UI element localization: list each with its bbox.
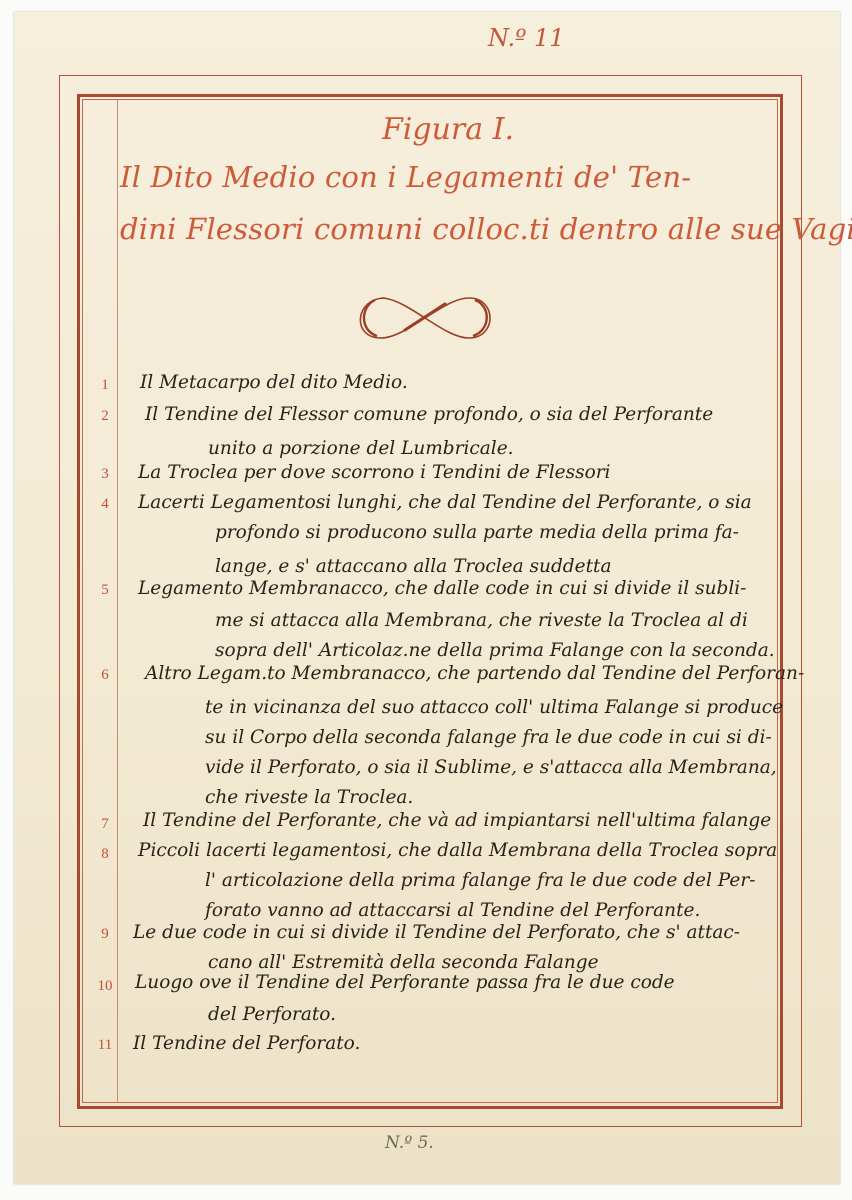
legend-entry-line: cano all' Estremità della seconda Falang… (208, 952, 599, 973)
legend-entry-line: forato vanno ad attaccarsi al Tendine de… (205, 900, 700, 921)
legend-entry-line: me si attacca alla Membrana, che riveste… (215, 610, 748, 631)
legend-entry-line: unito a porzione del Lumbricale. (208, 438, 514, 459)
legend-entry-line: su il Corpo della seconda falange fra le… (205, 727, 772, 748)
item-number: 9 (96, 926, 114, 943)
legend-entry-line: Altro Legam.to Membranacco, che partendo… (145, 663, 804, 684)
legend-entry-line: Piccoli lacerti legamentosi, che dalla M… (138, 840, 777, 861)
decorative-flourish-icon (345, 290, 505, 345)
legend-entry-line: lange, e s' attaccano alla Troclea sudde… (215, 556, 612, 577)
legend-entry-line: Il Tendine del Perforante, che và ad imp… (143, 810, 771, 831)
item-number: 2 (96, 408, 114, 425)
legend-entry-line: La Troclea per dove scorrono i Tendini d… (138, 462, 610, 483)
item-number: 8 (96, 846, 114, 863)
legend-entry-line: vide il Perforato, o sia il Sublime, e s… (205, 757, 777, 778)
legend-entry-line: Luogo ove il Tendine del Perforante pass… (135, 972, 675, 993)
legend-entry-line: che riveste la Troclea. (205, 787, 413, 808)
footer-mark: N.º 5. (385, 1133, 434, 1153)
legend-entry-line: Il Tendine del Perforato. (133, 1033, 360, 1054)
legend-entry-line: Il Tendine del Flessor comune profondo, … (145, 404, 713, 425)
legend-entry-line: Lacerti Legamentosi lunghi, che dal Tend… (138, 492, 752, 513)
margin-rule (117, 100, 118, 1102)
item-number: 4 (96, 496, 114, 513)
legend-entry-line: Le due code in cui si divide il Tendine … (133, 922, 740, 943)
legend-entry-line: sopra dell' Articolaz.ne della prima Fal… (215, 640, 775, 661)
item-number: 11 (96, 1037, 114, 1054)
legend-entry-line: l' articolazione della prima falange fra… (205, 870, 755, 891)
item-number: 7 (96, 816, 114, 833)
legend-entry-line: te in vicinanza del suo attacco coll' ul… (205, 697, 783, 718)
plate-number: N.º 11 (488, 24, 565, 52)
legend-entry-line: Il Metacarpo del dito Medio. (140, 372, 408, 393)
legend-entry-line: profondo si producono sulla parte media … (215, 522, 739, 543)
item-number: 3 (96, 466, 114, 483)
title-line-1: Il Dito Medio con i Legamenti de' Ten- (120, 160, 780, 194)
legend-entry-line: del Perforato. (208, 1004, 336, 1025)
item-number: 10 (96, 978, 114, 995)
item-number: 5 (96, 582, 114, 599)
item-number: 6 (96, 667, 114, 684)
item-number: 1 (96, 377, 114, 394)
legend-entry-line: Legamento Membranacco, che dalle code in… (138, 578, 746, 599)
title-line-2: dini Flessori comuni colloc.ti dentro al… (120, 212, 780, 246)
figure-heading: Figura I. (118, 112, 778, 147)
